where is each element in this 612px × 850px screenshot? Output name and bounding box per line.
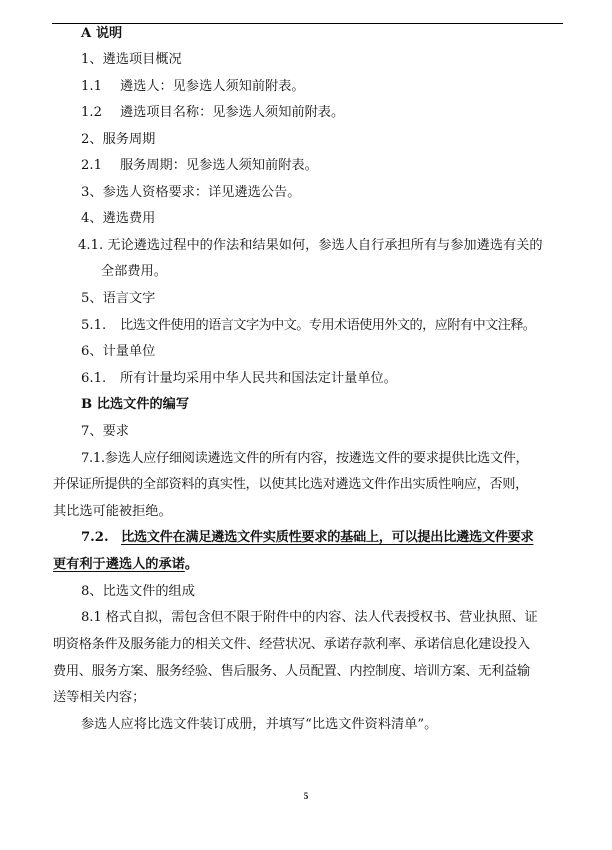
clause-2-1: 2.1服务周期：见参选人须知前附表。: [81, 158, 318, 174]
section-7-heading: 7、要求: [81, 424, 129, 440]
page-number: 5: [0, 791, 612, 801]
clause-number: 1.1: [81, 79, 120, 95]
clause-number: 6.1.: [81, 371, 120, 387]
clause-4-1-line1: 4.1. 无论遴选过程中的作法和结果如何，参选人自行承担所有与参加遴选有关的: [78, 238, 543, 254]
clause-number: 1.2: [81, 105, 120, 121]
clause-4-1-line2: 全部费用。: [101, 264, 167, 280]
section-5-heading: 5、语言文字: [81, 291, 155, 307]
section-4-heading: 4、遴选费用: [81, 211, 155, 227]
clause-number: 5.1.: [81, 318, 120, 334]
clause-8-1-line1: 8.1 格式自拟，需包含但不限于附件中的内容、法人代表授权书、营业执照、证: [81, 610, 538, 626]
clause-text: 服务周期：见参选人须知前附表。: [120, 158, 318, 173]
section-a-heading: A 说明: [81, 26, 122, 42]
clause-7-1-line2: 并保证所提供的全部资料的真实性，以使其比选对遴选文件作出实质性响应，否则，: [53, 477, 528, 493]
clause-1-2: 1.2遴选项目名称：见参选人须知前附表。: [81, 105, 344, 121]
clause-7-2-line1: 7.2.比选文件在满足遴选文件实质性要求的基础上，可以提出比遴选文件要求: [81, 530, 533, 546]
section-8-heading: 8、比选文件的组成: [81, 584, 195, 600]
clause-text: 遴选项目名称：见参选人须知前附表。: [120, 105, 344, 120]
clause-1-1: 1.1遴选人：见参选人须知前附表。: [81, 79, 305, 95]
section-6-heading: 6、计量单位: [81, 344, 155, 360]
clause-text: 比选文件使用的语言文字为中文。专用术语使用外文的，应附有中文注释。: [120, 318, 535, 333]
section-3-heading: 3、参选人资格要求：详见遴选公告。: [81, 185, 300, 201]
section-b-heading: B 比选文件的编写: [81, 397, 189, 413]
section-1-heading: 1、遴选项目概况: [81, 52, 182, 68]
clause-8-1-line3: 费用、服务方案、服务经验、售后服务、人员配置、内控制度、培训方案、无利益输: [53, 664, 530, 680]
clause-7-1-line1: 7.1.参选人应仔细阅读遴选文件的所有内容，按遴选文件的要求提供比选文件，: [81, 451, 528, 467]
clause-7-2-line2: 更有利于遴选人的承诺。: [53, 557, 198, 573]
section-2-heading: 2、服务周期: [81, 132, 155, 148]
clause-text: 所有计量均采用中华人民共和国法定计量单位。: [120, 371, 397, 386]
clause-8-2: 参选人应将比选文件装订成册，并填写“比选文件资料清单”。: [81, 717, 437, 733]
clause-8-1-line4: 送等相关内容；: [53, 690, 145, 706]
clause-6-1: 6.1.所有计量均采用中华人民共和国法定计量单位。: [81, 371, 397, 387]
clause-8-1-line2: 明资格条件及服务能力的相关文件、经营状况、承诺存款利率、承诺信息化建设投入: [53, 637, 530, 653]
clause-5-1: 5.1.比选文件使用的语言文字为中文。专用术语使用外文的，应附有中文注释。: [81, 318, 535, 334]
clause-text: 更有利于遴选人的承诺: [53, 557, 185, 572]
clause-number: 7.2.: [81, 530, 121, 546]
clause-end: 。: [185, 557, 198, 572]
clause-text: 遴选人：见参选人须知前附表。: [120, 79, 305, 94]
clause-text: 比选文件在满足遴选文件实质性要求的基础上，可以提出比遴选文件要求: [121, 530, 533, 545]
clause-number: 2.1: [81, 158, 120, 174]
header-rule: [52, 23, 563, 24]
clause-7-1-line3: 其比选可能被拒绝。: [53, 504, 172, 520]
